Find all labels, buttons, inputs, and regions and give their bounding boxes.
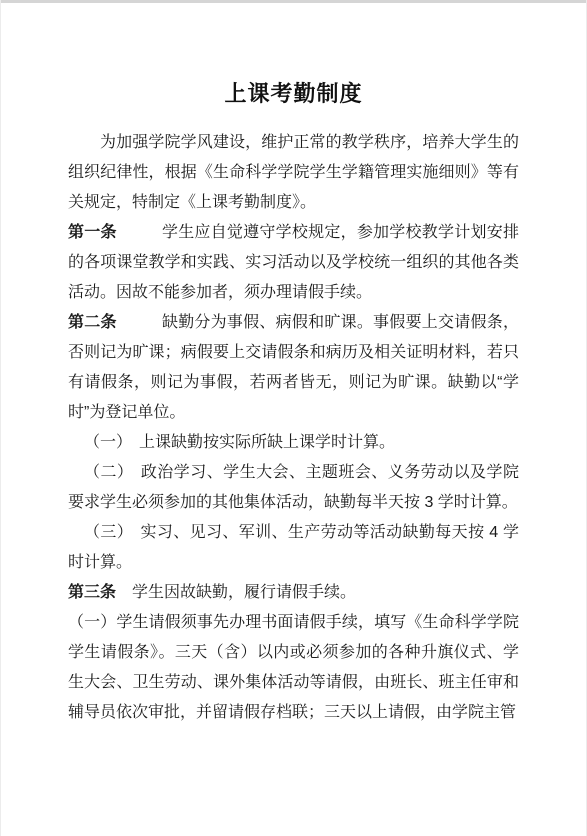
article-2-paragraph: 第二条缺勤分为事假、病假和旷课。事假要上交请假条，否则记为旷课；病假要上交请假条… (68, 308, 519, 428)
clause-item-2-text: 政治学习、学生大会、主题班会、义务劳动以及学院要求学生必须参加的其他集体活动，缺… (68, 464, 519, 511)
clause-item-2-number: （二） (84, 464, 133, 481)
article-2-label: 第二条 (68, 314, 117, 331)
clause-item-3-number: （三） (84, 524, 133, 541)
clause-item-3: （三）实习、见习、军训、生产劳动等活动缺勤每天按 4 学时计算。 (68, 518, 519, 578)
document-page: 上课考勤制度 为加强学院学风建设，维护正常的教学秩序，培养大学生的组织纪律性，根… (0, 0, 587, 836)
clause-item-3-text: 实习、见习、军训、生产劳动等活动缺勤每天按 4 学时计算。 (68, 524, 519, 571)
intro-paragraph: 为加强学院学风建设，维护正常的教学秩序，培养大学生的组织纪律性，根据《生命科学学… (68, 128, 519, 218)
document-body: 上课考勤制度 为加强学院学风建设，维护正常的教学秩序，培养大学生的组织纪律性，根… (68, 80, 519, 728)
article-1-label: 第一条 (68, 224, 117, 241)
clause-item-1-number: （一） (84, 434, 132, 451)
article-1-paragraph: 第一条学生应自觉遵守学校规定，参加学校教学计划安排的各项课堂教学和实践、实习活动… (68, 218, 519, 308)
article-3-paragraph: 第三条学生因故缺勤，履行请假手续。 (68, 578, 519, 608)
clause-item-1-text: 上课缺勤按实际所缺上课学时计算。 (139, 434, 395, 451)
article-1-text: 学生应自觉遵守学校规定，参加学校教学计划安排的各项课堂教学和实践、实习活动以及学… (68, 224, 519, 301)
final-paragraph-text: （一）学生请假须事先办理书面请假手续，填写《生命科学学院学生请假条》。三天（含）… (68, 614, 519, 721)
document-title: 上课考勤制度 (68, 80, 519, 108)
article-3-text: 学生因故缺勤，履行请假手续。 (132, 584, 356, 601)
final-paragraph: （一）学生请假须事先办理书面请假手续，填写《生命科学学院学生请假条》。三天（含）… (68, 608, 519, 728)
article-2-text: 缺勤分为事假、病假和旷课。事假要上交请假条，否则记为旷课；病假要上交请假条和病历… (68, 314, 519, 421)
clause-item-2: （二）政治学习、学生大会、主题班会、义务劳动以及学院要求学生必须参加的其他集体活… (68, 458, 519, 518)
article-3-label: 第三条 (68, 584, 116, 601)
clause-item-1: （一）上课缺勤按实际所缺上课学时计算。 (68, 428, 519, 458)
page-top-edge (1, 0, 586, 3)
intro-text: 为加强学院学风建设，维护正常的教学秩序，培养大学生的组织纪律性，根据《生命科学学… (68, 134, 519, 211)
